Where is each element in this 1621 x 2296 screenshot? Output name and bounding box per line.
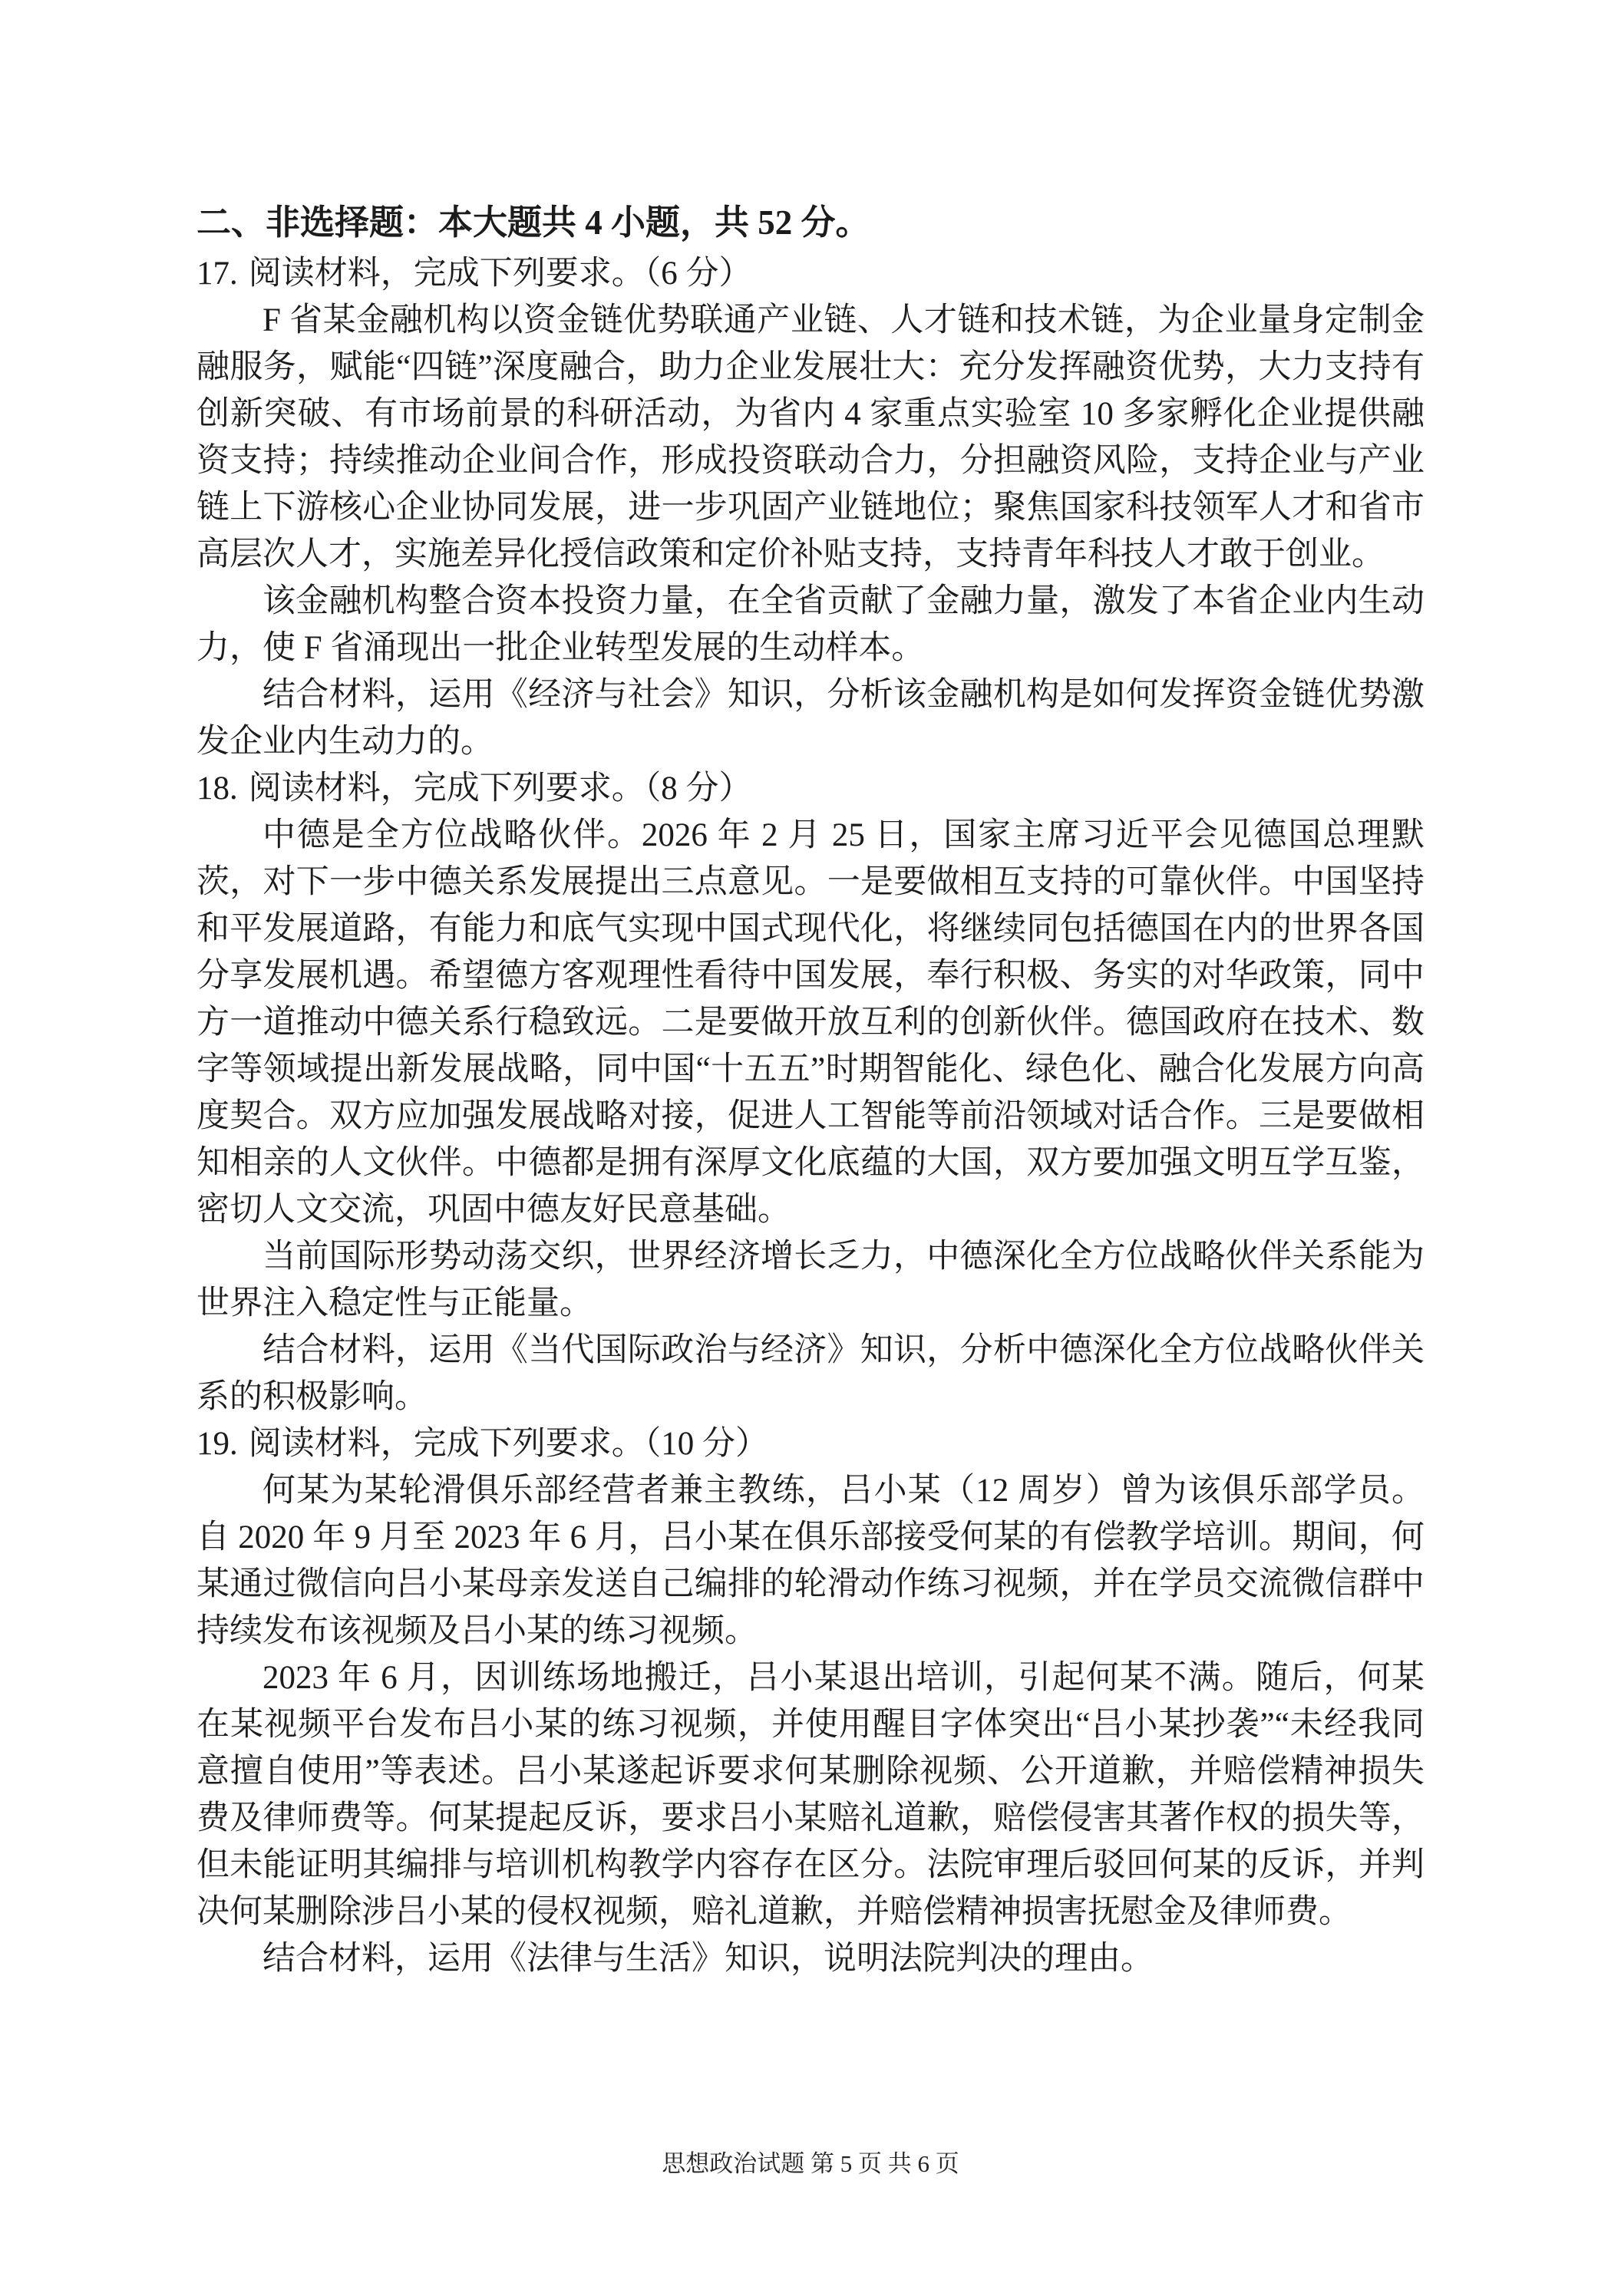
question-heading: 17.阅读材料，完成下列要求。（6 分） [196, 250, 1425, 297]
question-paragraph: 结合材料，运用《当代国际政治与经济》知识，分析中德深化全方位战略伙伴关系的积极影… [196, 1327, 1425, 1420]
question-number: 19. [196, 1426, 238, 1462]
question-paragraph: 何某为某轮滑俱乐部经营者兼主教练，吕小某（12 周岁）曾为该俱乐部学员。自 20… [196, 1467, 1425, 1654]
question-number: 18. [196, 770, 238, 807]
question-paragraph: F 省某金融机构以资金链优势联通产业链、人才链和技术链，为企业量身定制金融服务，… [196, 297, 1425, 578]
exam-content: 二、非选择题：本大题共 4 小题，共 52 分。 17.阅读材料，完成下列要求。… [196, 198, 1425, 1982]
question-17: 17.阅读材料，完成下列要求。（6 分）F 省某金融机构以资金链优势联通产业链、… [196, 250, 1425, 765]
question-prompt: 阅读材料，完成下列要求。（10 分） [249, 1426, 768, 1462]
question-heading: 19.阅读材料，完成下列要求。（10 分） [196, 1420, 1425, 1467]
question-prompt: 阅读材料，完成下列要求。（8 分） [249, 770, 752, 807]
page-footer: 思想政治试题 第 5 页 共 6 页 [0, 2149, 1621, 2179]
question-18: 18.阅读材料，完成下列要求。（8 分）中德是全方位战略伙伴。2026 年 2 … [196, 765, 1425, 1420]
question-paragraph: 当前国际形势动荡交织，世界经济增长乏力，中德深化全方位战略伙伴关系能为世界注入稳… [196, 1233, 1425, 1327]
question-paragraph: 中德是全方位战略伙伴。2026 年 2 月 25 日，国家主席习近平会见德国总理… [196, 812, 1425, 1233]
question-paragraph: 结合材料，运用《法律与生活》知识，说明法院判决的理由。 [196, 1935, 1425, 1982]
question-number: 17. [196, 256, 238, 292]
question-paragraph: 2023 年 6 月，因训练场地搬迁，吕小某退出培训，引起何某不满。随后，何某在… [196, 1654, 1425, 1935]
question-paragraph: 结合材料，运用《经济与社会》知识，分析该金融机构是如何发挥资金链优势激发企业内生… [196, 671, 1425, 765]
exam-page: 二、非选择题：本大题共 4 小题，共 52 分。 17.阅读材料，完成下列要求。… [0, 0, 1621, 2296]
question-heading: 18.阅读材料，完成下列要求。（8 分） [196, 765, 1425, 812]
question-paragraph: 该金融机构整合资本投资力量，在全省贡献了金融力量，激发了本省企业内生动力，使 F… [196, 578, 1425, 671]
section-header: 二、非选择题：本大题共 4 小题，共 52 分。 [196, 198, 1425, 247]
question-19: 19.阅读材料，完成下列要求。（10 分）何某为某轮滑俱乐部经营者兼主教练，吕小… [196, 1420, 1425, 1982]
questions-container: 17.阅读材料，完成下列要求。（6 分）F 省某金融机构以资金链优势联通产业链、… [196, 250, 1425, 1982]
question-prompt: 阅读材料，完成下列要求。（6 分） [249, 256, 752, 292]
